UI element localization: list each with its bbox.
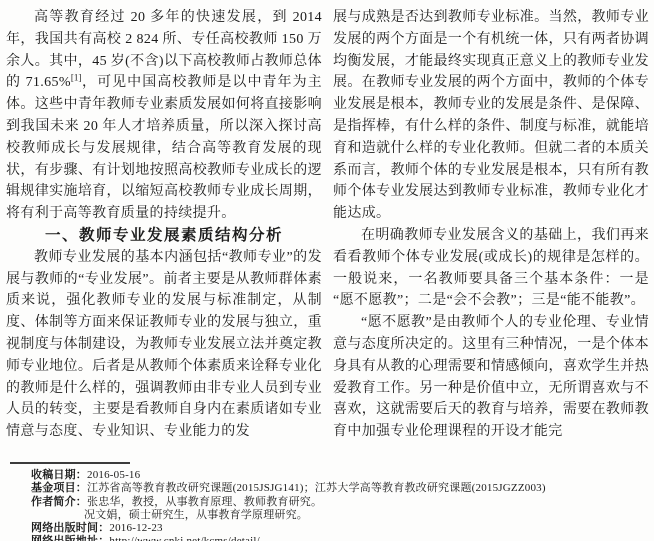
paragraph-definition: 教师专业发展的基本内涵包括“教师专业”的发展与教师的“专业发展”。前者主要是从教…: [6, 247, 322, 443]
received-date-label: 收稿日期：: [31, 469, 87, 481]
paragraph-willingness-to-teach: “愿不愿教”是由教师个人的专业伦理、专业情意与态度所决定的。这里有三种情况，一是…: [333, 312, 649, 443]
two-column-body: 高等教育经过 20 多年的快速发展，到 2014 年，我国共有高校 2 824 …: [0, 0, 654, 460]
author-bio-label: 作者简介：: [31, 496, 87, 508]
citation-ref-1: [1]: [71, 73, 82, 83]
footnote-fund-project: 基金项目：江苏省高等教育教改研究课题(2015JSJG141)；江苏大学高等教育…: [0, 482, 654, 495]
footnote-online-publish-url: 网络出版地址：http://www.cnki.net/kcms/detail/: [0, 535, 654, 541]
paper-page: 高等教育经过 20 多年的快速发展，到 2014 年，我国共有高校 2 824 …: [0, 0, 654, 541]
footnote-online-publish-time: 网络出版时间：2016-12-23: [0, 522, 654, 535]
footnote-divider: [10, 462, 130, 464]
received-date-value: 2016-05-16: [87, 469, 140, 481]
footnote-author-bio-continuation: 况文娟，硕士研究生，从事教育学原理研究。: [0, 509, 654, 522]
online-publish-url-value: http://www.cnki.net/kcms/detail/: [109, 535, 260, 541]
left-column: 高等教育经过 20 多年的快速发展，到 2014 年，我国共有高校 2 824 …: [6, 7, 322, 460]
footnote-received-date: 收稿日期：2016-05-16: [0, 469, 654, 482]
section-heading: 一、教师专业发展素质结构分析: [6, 225, 322, 247]
fund-project-value: 江苏省高等教育教改研究课题(2015JSJG141)；江苏大学高等教育教改研究课…: [87, 482, 546, 494]
paragraph-intro-text-cont: ，可见中国高校教师是以中青年为主体。这些中青年教师专业素质发展如何将直接影响到我…: [6, 75, 322, 221]
footnote-author-bio: 作者简介：张忠华，教授，从事教育原理、教师教育研究。: [0, 496, 654, 509]
paragraph-definition-continuation: 展与成熟是否达到教师专业标准。当然，教师专业发展的两个方面是一个有机统一体，只有…: [333, 7, 649, 225]
paragraph-three-conditions: 在明确教师专业发展含义的基础上，我们再来看看教师个体专业发展(或成长)的规律是怎…: [333, 225, 649, 312]
online-publish-time-value: 2016-12-23: [109, 522, 162, 534]
online-publish-time-label: 网络出版时间：: [31, 522, 109, 534]
right-column: 展与成熟是否达到教师专业标准。当然，教师专业发展的两个方面是一个有机统一体，只有…: [333, 7, 649, 460]
footnote-block: 收稿日期：2016-05-16 基金项目：江苏省高等教育教改研究课题(2015J…: [0, 462, 654, 541]
author-bio-value-2: 况文娟，硕士研究生，从事教育学原理研究。: [84, 509, 308, 521]
paragraph-intro: 高等教育经过 20 多年的快速发展，到 2014 年，我国共有高校 2 824 …: [6, 7, 322, 225]
online-publish-url-label: 网络出版地址：: [31, 535, 109, 541]
fund-project-label: 基金项目：: [31, 482, 87, 494]
author-bio-value-1: 张忠华，教授，从事教育原理、教师教育研究。: [87, 496, 322, 508]
